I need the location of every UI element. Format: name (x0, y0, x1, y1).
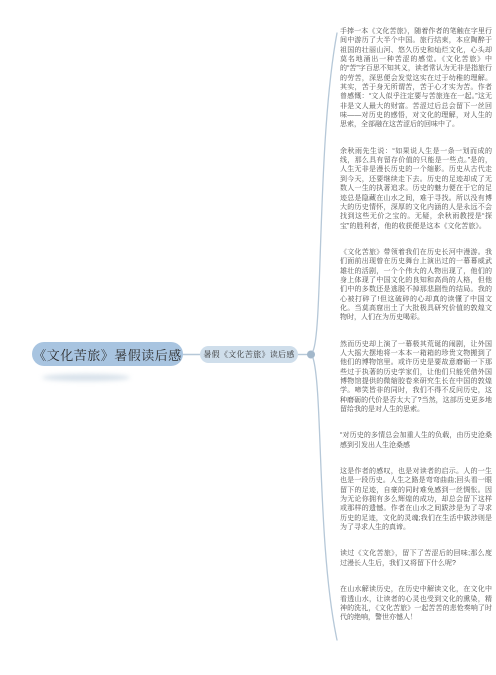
subtopic-label: 暑假《文化苦旅》读后感 (203, 349, 294, 360)
branch-curve-bottom (313, 358, 337, 640)
essay-paragraph: 这是作者的感叹，也是对读者的启示。人的一生也是一段历史。人生之路是弯弯曲曲;回头… (340, 467, 492, 532)
branch-curve-top (313, 33, 337, 351)
essay-paragraph: 手捧一本《文化苦旅》，随着作者的笔触在字里行间中游历了大半个中国。旅行结束，本应… (340, 27, 492, 130)
essay-paragraph: 读过《文化苦旅》，留下了苦涩后的回味;那么度过漫长人生后，我们又将留下什么呢? (340, 549, 492, 568)
root-topic-node[interactable]: 《文化苦旅》暑假读后感 (32, 342, 183, 366)
essay-paragraph: 然而历史却上演了一幕极其荒诞的闹剧，让外国人大摇大摆地将一本本一箱箱的珍贵文物搬… (340, 340, 492, 415)
root-node-shadow (42, 374, 130, 381)
essay-paragraph: 《文化苦旅》带领着我们在历史长河中漫游。我们面前出现曾在历史舞台上演出过的一幕幕… (340, 248, 492, 323)
mindmap-canvas: 《文化苦旅》暑假读后感 暑假《文化苦旅》读后感 手捧一本《文化苦旅》，随着作者的… (0, 0, 496, 675)
essay-paragraph: 余秋雨先生说：“如果说人生是一条一划而成的线，那么具有留存价值的只能是一些点。”… (340, 147, 492, 231)
root-topic-label: 《文化苦旅》暑假读后感 (33, 345, 182, 364)
essay-paragraph: “对历史的多情总会加重人生的负载，由历史沧桑感到引发出人生沧桑感 (340, 431, 492, 450)
essay-topic-node[interactable]: 手捧一本《文化苦旅》，随着作者的笔触在字里行间中游历了大半个中国。旅行结束，本应… (340, 27, 492, 623)
subtopic-node[interactable]: 暑假《文化苦旅》读后感 (200, 346, 298, 363)
essay-paragraph: 在山水解读历史，在历史中解读文化，在文化中看透山水，让读者的心灵也受到文化的熏染… (340, 585, 492, 622)
branch-dot (307, 351, 315, 359)
